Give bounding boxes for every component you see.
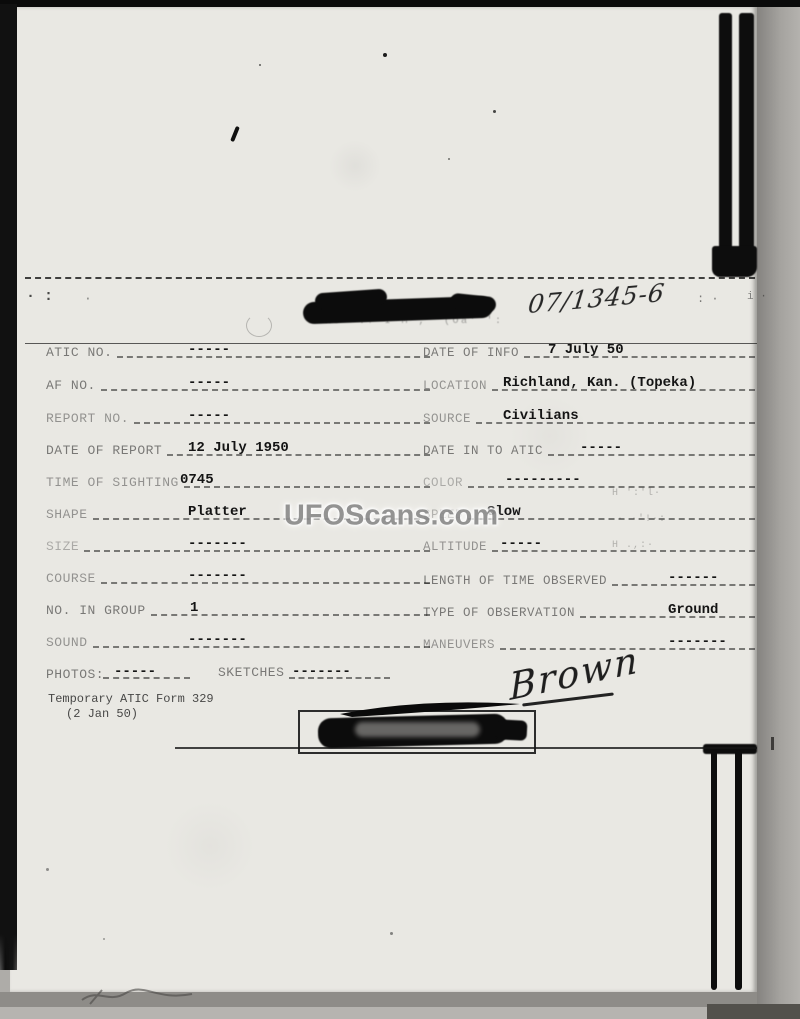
field-label: TYPE OF OBSERVATION	[423, 607, 575, 620]
form-row-sound: SOUND -------	[46, 630, 432, 649]
field-underline	[289, 677, 390, 679]
field-underline	[117, 356, 430, 358]
field-underline	[103, 677, 190, 679]
field-label: MANEUVERS	[423, 639, 495, 652]
form-date: (2 Jan 50)	[66, 707, 138, 721]
film-tick-mark	[771, 737, 774, 750]
field-value: -----	[188, 375, 230, 391]
faint-ink-mark: H ':'l·	[612, 488, 661, 499]
form-row-size: SIZE -------	[46, 534, 432, 553]
film-bar-top-right-2	[739, 13, 754, 261]
field-value: -----	[580, 440, 622, 456]
paper-speck	[448, 158, 450, 160]
field-underline	[84, 550, 430, 552]
field-label: SIZE	[46, 540, 79, 553]
form-row-location: LOCATION Richland, Kan. (Topeka)	[423, 373, 757, 392]
field-underline	[134, 422, 430, 424]
field-value: ------	[668, 570, 718, 586]
pen-scribble	[80, 986, 200, 1006]
field-label: ALTITUDE	[423, 541, 487, 554]
form-row-source: SOURCE Civilians	[423, 406, 757, 425]
form-row-type-of-observation: TYPE OF OBSERVATION Ground	[423, 600, 757, 619]
field-value: -------	[188, 568, 247, 584]
field-value: -------	[668, 634, 727, 650]
field-underline	[184, 486, 430, 488]
field-value: Richland, Kan. (Topeka)	[503, 375, 696, 391]
paper-speck	[259, 64, 261, 66]
form-row-atic-no: ATIC NO. -----	[46, 340, 432, 359]
film-bar-top-right-base	[712, 246, 757, 277]
faint-ink-mark: · ·'!·:	[617, 514, 666, 525]
right-margin-marks: : ·	[697, 292, 719, 306]
scan-top-edge	[0, 0, 800, 7]
film-bar-top-right-1	[719, 13, 732, 261]
field-value: 7 July 50	[548, 342, 624, 358]
form-row-date-in-to-atic: DATE IN TO ATIC -----	[423, 438, 757, 457]
form-row-date-of-report: DATE OF REPORT 12 July 1950	[46, 438, 432, 457]
left-margin-marks: · :	[26, 288, 53, 305]
form-row-length-of-time-observed: LENGTH OF TIME OBSERVED ------	[423, 568, 757, 587]
scan-left-edge-bar	[0, 4, 17, 970]
field-value: -------	[188, 632, 247, 648]
field-label: SOUND	[46, 636, 88, 649]
scanned-document: · : · : · i · 1'RO' :? I'M', '(Oa' ': 07…	[0, 0, 800, 1019]
film-bar-bottom-right-1	[711, 750, 717, 990]
field-value: 1	[190, 600, 198, 616]
field-label: TIME OF SIGHTING	[46, 476, 179, 489]
field-underline	[101, 582, 430, 584]
right-edge-marks: i ·	[747, 291, 767, 303]
field-label: COLOR	[423, 477, 463, 490]
field-label: SHAPE	[46, 508, 88, 521]
form-row-course: COURSE -------	[46, 566, 432, 585]
form-row-no-in-group: NO. IN GROUP 1	[46, 598, 432, 617]
field-label: LENGTH OF TIME OBSERVED	[423, 575, 607, 588]
paper-speck	[103, 938, 105, 940]
field-label: SKETCHES	[218, 666, 284, 679]
scan-bottom-band	[0, 1007, 800, 1019]
field-label: DATE OF INFO	[423, 347, 519, 360]
form-identifier: Temporary ATIC Form 329	[48, 692, 214, 706]
redaction-blob-notch	[494, 719, 527, 741]
field-label: COURSE	[46, 572, 96, 585]
form-row-altitude: ALTITUDE -----	[423, 534, 757, 553]
paper-speck	[390, 932, 393, 935]
field-value: 0745	[180, 472, 214, 488]
faint-ink-mark: H .,:·	[612, 540, 654, 551]
field-label: PHOTOS:	[46, 668, 104, 681]
form-row-photos-sketches: PHOTOS: ----- SKETCHES -------	[46, 662, 432, 681]
field-label: REPORT NO.	[46, 412, 129, 425]
field-value: -----	[188, 408, 230, 424]
field-label: SOURCE	[423, 413, 471, 426]
redaction-blob-highlight	[355, 722, 480, 737]
film-bar-bottom-right-2	[735, 750, 742, 990]
paper-speck	[383, 53, 387, 57]
field-label: DATE IN TO ATIC	[423, 445, 543, 458]
field-value: Civilians	[503, 408, 579, 424]
field-value: -------	[188, 536, 247, 552]
left-margin-dot: ·	[84, 291, 92, 306]
form-row-af-no: AF NO. -----	[46, 373, 432, 392]
field-underline	[101, 389, 430, 391]
paper-speck	[493, 110, 496, 113]
ufoscans-watermark: UFOScans.com	[284, 500, 498, 533]
field-label: DATE OF REPORT	[46, 444, 162, 457]
scan-corner-dark-patch	[707, 1004, 800, 1019]
form-row-color: COLOR ---------	[423, 470, 757, 489]
form-row-date-of-info: DATE OF INFO 7 July 50	[423, 340, 757, 359]
field-value: -----	[188, 342, 230, 358]
field-label: AF NO.	[46, 379, 96, 392]
faint-circle-ghost	[246, 314, 272, 337]
field-label: LOCATION	[423, 380, 487, 393]
field-label: ATIC NO.	[46, 346, 112, 359]
paper-speck	[46, 868, 49, 871]
form-row-report-no: REPORT NO. -----	[46, 406, 432, 425]
field-value: ---------	[505, 472, 581, 488]
field-value: -----	[500, 536, 542, 552]
scan-right-margin	[757, 5, 800, 1019]
form-row-time-of-sighting: TIME OF SIGHTING 0745	[46, 470, 432, 489]
field-label: NO. IN GROUP	[46, 604, 146, 617]
field-value: Platter	[188, 504, 247, 520]
field-value: Ground	[668, 602, 718, 618]
field-underline	[93, 646, 430, 648]
field-value: 12 July 1950	[188, 440, 289, 456]
